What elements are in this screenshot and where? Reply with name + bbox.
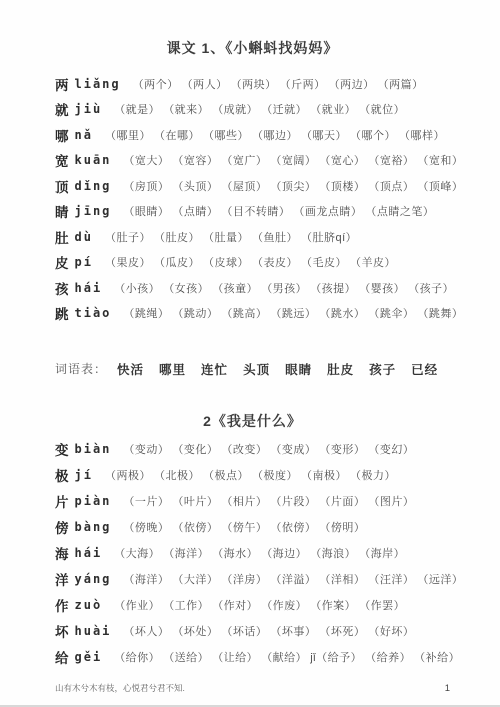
vocab-row: 作zuò（作业）（工作）（作对）（作废）（作案）（作罢） xyxy=(55,592,450,618)
word-group: （头顶） xyxy=(172,178,218,194)
pinyin: dù xyxy=(75,230,93,244)
word-group: （迁就） xyxy=(261,101,307,117)
word-group: （海水） xyxy=(212,545,258,561)
lesson-1-title: 课文 1、《小蝌蚪找妈妈》 xyxy=(55,40,450,57)
word-group: （两边） xyxy=(329,76,375,92)
vocab-row: 极jí（两极）（北极）（极点）（极度）（南极）（极力） xyxy=(55,462,450,488)
vocab-row: 两liǎng（两个）（两人）（两块）（斤两）（两边）（两篇） xyxy=(55,71,450,97)
word-group: （鱼肚） xyxy=(252,229,298,245)
vocab-row: 坏huài（坏人）（坏处）（坏话）（坏事）（坏死）（好坏） xyxy=(55,618,450,644)
word-group-list: （肚子）（肚皮）（肚量）（鱼肚）（肚脐qí） xyxy=(105,229,357,245)
word-group-list: （眼睛）（点睛）（目不转睛）（画龙点睛）（点睛之笔） xyxy=(123,203,434,219)
word-group: （两人） xyxy=(182,76,228,92)
word-group: （极度） xyxy=(252,467,298,483)
word-group: （海岸） xyxy=(359,545,405,561)
word-group: （婴孩） xyxy=(359,280,405,296)
word-group: （海洋） xyxy=(123,571,169,587)
head-character: 哪 xyxy=(55,125,69,145)
word-group: （瓜皮） xyxy=(154,254,200,270)
word-group: （依傍） xyxy=(172,519,218,535)
word-group: （跳远） xyxy=(270,305,316,321)
head-character: 就 xyxy=(55,99,69,119)
head-character: 顶 xyxy=(55,176,69,196)
word-group: （宽阔） xyxy=(270,152,316,168)
page-number: 1 xyxy=(445,683,450,694)
page-footer: 山有木兮木有枝，心悦君兮君不知. 1 xyxy=(55,682,450,694)
head-character: 皮 xyxy=(55,252,69,272)
lesson-section-2: 2《我是什么》 变biàn（变动）（变化）（改变）（变成）（变形）（变幻）极jí… xyxy=(55,413,450,670)
word-group: （肚皮） xyxy=(154,229,200,245)
word-group: （哪些） xyxy=(203,127,249,143)
word-group: （傍午） xyxy=(221,519,267,535)
word-list: 词语表： 快活哪里连忙头顶眼睛肚皮孩子已经 xyxy=(55,360,450,377)
word-group: （肚量） xyxy=(203,229,249,245)
word-group: （工作） xyxy=(163,597,209,613)
head-character: 洋 xyxy=(55,569,69,589)
word-group: （相片） xyxy=(221,493,267,509)
vocab-row: 片piàn（一片）（叶片）（相片）（片段）（片面）（图片） xyxy=(55,488,450,514)
word-group-list: （两个）（两人）（两块）（斤两）（两边）（两篇） xyxy=(133,76,424,92)
word-group: （傍明） xyxy=(319,519,365,535)
word-group: （宽广） xyxy=(221,152,267,168)
vocab-row: 洋yáng（海洋）（大洋）（洋房）（洋溢）（洋相）（汪洋）（远洋） xyxy=(55,566,450,592)
word-group: （顶点） xyxy=(368,178,414,194)
word-group: （作废） xyxy=(261,597,307,613)
word-group: （哪天） xyxy=(301,127,347,143)
word-list-words: 快活哪里连忙头顶眼睛肚皮孩子已经 xyxy=(117,360,438,378)
pinyin: huài xyxy=(75,624,112,638)
word-group: （顶楼） xyxy=(319,178,365,194)
word-list-label: 词语表： xyxy=(55,360,107,377)
word-group: （傍晚） xyxy=(123,519,169,535)
word-group: （点睛） xyxy=(172,203,218,219)
word-group: （画龙点睛） xyxy=(293,203,362,219)
word-group: （变幻） xyxy=(368,441,414,457)
word-group: （极点） xyxy=(203,467,249,483)
word-group: （北极） xyxy=(154,467,200,483)
vocab-row: 跳tiào（跳绳）（跳动）（跳高）（跳远）（跳水）（跳伞）（跳舞） xyxy=(55,301,450,327)
word-group: （献给） xyxy=(261,649,307,665)
word-group-list: （一片）（叶片）（相片）（片段）（片面）（图片） xyxy=(123,493,414,509)
word-group: （海洋） xyxy=(163,545,209,561)
word-group: （两个） xyxy=(133,76,179,92)
vocab-row: 宽kuān（宽大）（宽容）（宽广）（宽阔）（宽心）（宽裕）（宽和） xyxy=(55,148,450,174)
word-group: （海边） xyxy=(261,545,307,561)
word-group: （南极） xyxy=(301,467,347,483)
word-group: （跳舞） xyxy=(417,305,463,321)
pinyin: tiào xyxy=(75,306,112,320)
word-group: （坏事） xyxy=(270,623,316,639)
word-group: （孩提） xyxy=(310,280,356,296)
word-group: （跳伞） xyxy=(368,305,414,321)
word-group-list: （坏人）（坏处）（坏话）（坏事）（坏死）（好坏） xyxy=(123,623,414,639)
word-group-list: （跳绳）（跳动）（跳高）（跳远）（跳水）（跳伞）（跳舞） xyxy=(123,305,463,321)
word-group: （哪个） xyxy=(350,127,396,143)
head-character: 极 xyxy=(55,465,69,485)
word-group: （洋房） xyxy=(221,571,267,587)
word-group: （洋相） xyxy=(319,571,365,587)
vocab-row: 变biàn（变动）（变化）（改变）（变成）（变形）（变幻） xyxy=(55,436,450,462)
word-group: （两篇） xyxy=(378,76,424,92)
pinyin: biàn xyxy=(75,442,112,456)
head-character: 跳 xyxy=(55,303,69,323)
word-group-list: （哪里）（在哪）（哪些）（哪边）（哪天）（哪个）（哪样） xyxy=(105,127,445,143)
word-list-item: 连忙 xyxy=(201,360,228,378)
word-group-list: （小孩）（女孩）（孩童）（男孩）（孩提）（婴孩）（孩子） xyxy=(114,280,454,296)
word-group-list: （作业）（工作）（作对）（作废）（作案）（作罢） xyxy=(114,597,405,613)
pinyin: jí xyxy=(75,468,93,482)
head-character: 傍 xyxy=(55,517,69,537)
word-group: （孩子） xyxy=(408,280,454,296)
head-character: 作 xyxy=(55,595,69,615)
word-group: （哪样） xyxy=(399,127,445,143)
word-group: （表皮） xyxy=(252,254,298,270)
head-character: 给 xyxy=(55,647,69,667)
pinyin: pí xyxy=(75,255,93,269)
footer-verse: 山有木兮木有枝，心悦君兮君不知. xyxy=(55,682,185,694)
pinyin: yáng xyxy=(75,572,112,586)
word-group: （洋溢） xyxy=(270,571,316,587)
word-list-item: 哪里 xyxy=(159,360,186,378)
word-group: （屋顶） xyxy=(221,178,267,194)
word-group: （哪里） xyxy=(105,127,151,143)
pinyin: piàn xyxy=(75,494,112,508)
word-group: （两极） xyxy=(105,467,151,483)
word-group: （房顶） xyxy=(123,178,169,194)
vocab-row: 傍bàng（傍晚）（依傍）（傍午）（依傍）（傍明） xyxy=(55,514,450,540)
word-group: （汪洋） xyxy=(368,571,414,587)
word-group: （目不转睛） xyxy=(221,203,290,219)
word-list-item: 眼睛 xyxy=(285,360,312,378)
word-group: （斤两） xyxy=(280,76,326,92)
word-group: （作业） xyxy=(114,597,160,613)
word-group: （跳水） xyxy=(319,305,365,321)
word-group: （跳高） xyxy=(221,305,267,321)
vocab-row: 皮pí（果皮）（瓜皮）（皮球）（表皮）（毛皮）（羊皮） xyxy=(55,250,450,276)
word-group: （远洋） xyxy=(417,571,463,587)
word-group: （补给） xyxy=(414,649,460,665)
word-group-list: （房顶）（头顶）（屋顶）（顶尖）（顶楼）（顶点）（顶峰） xyxy=(123,178,463,194)
word-group: （宽和） xyxy=(417,152,463,168)
word-group: （变形） xyxy=(319,441,365,457)
word-group: （肚子） xyxy=(105,229,151,245)
word-group: （皮球） xyxy=(203,254,249,270)
word-group-list: （变动）（变化）（改变）（变成）（变形）（变幻） xyxy=(123,441,414,457)
pinyin: bàng xyxy=(75,520,112,534)
word-group-list: （给你）（送给）（让给）（献给）jǐ（给予）（给养）（补给） xyxy=(114,649,460,665)
word-group-list: （大海）（海洋）（海水）（海边）（海浪）（海岸） xyxy=(114,545,405,561)
word-group: （变化） xyxy=(172,441,218,457)
word-group-list: （果皮）（瓜皮）（皮球）（表皮）（毛皮）（羊皮） xyxy=(105,254,396,270)
word-group: （一片） xyxy=(123,493,169,509)
word-group: （果皮） xyxy=(105,254,151,270)
head-character: 孩 xyxy=(55,278,69,298)
word-group: （宽容） xyxy=(172,152,218,168)
pinyin: jiù xyxy=(75,102,103,116)
vocab-row: 哪nǎ（哪里）（在哪）（哪些）（哪边）（哪天）（哪个）（哪样） xyxy=(55,122,450,148)
word-group: （毛皮） xyxy=(301,254,347,270)
head-character: 海 xyxy=(55,543,69,563)
vocab-row: 肚dù（肚子）（肚皮）（肚量）（鱼肚）（肚脐qí） xyxy=(55,224,450,250)
head-character: 两 xyxy=(55,74,69,94)
vocab-row: 顶dǐng（房顶）（头顶）（屋顶）（顶尖）（顶楼）（顶点）（顶峰） xyxy=(55,173,450,199)
pinyin: dǐng xyxy=(75,179,112,193)
page-content: 课文 1、《小蝌蚪找妈妈》 两liǎng（两个）（两人）（两块）（斤两）（两边）… xyxy=(0,0,500,670)
word-group: （坏人） xyxy=(123,623,169,639)
head-character: 变 xyxy=(55,439,69,459)
word-group: （两块） xyxy=(231,76,277,92)
word-group: （成就） xyxy=(212,101,258,117)
word-group-list: （海洋）（大洋）（洋房）（洋溢）（洋相）（汪洋）（远洋） xyxy=(123,571,463,587)
word-group: （就来） xyxy=(163,101,209,117)
head-character: 睛 xyxy=(55,201,69,221)
word-group: （大海） xyxy=(114,545,160,561)
word-group-list: （宽大）（宽容）（宽广）（宽阔）（宽心）（宽裕）（宽和） xyxy=(123,152,463,168)
word-group: （片面） xyxy=(319,493,365,509)
word-group: （让给） xyxy=(212,649,258,665)
word-group: （极力） xyxy=(350,467,396,483)
word-group: （点睛之笔） xyxy=(365,203,434,219)
pinyin: jīng xyxy=(75,204,112,218)
word-group-list: （两极）（北极）（极点）（极度）（南极）（极力） xyxy=(105,467,396,483)
word-group: （改变） xyxy=(221,441,267,457)
lesson-section-1: 课文 1、《小蝌蚪找妈妈》 两liǎng（两个）（两人）（两块）（斤两）（两边）… xyxy=(55,40,450,377)
word-group: （变成） xyxy=(270,441,316,457)
word-group: （作罢） xyxy=(359,597,405,613)
vocab-rows-lesson-1: 两liǎng（两个）（两人）（两块）（斤两）（两边）（两篇）就jiù（就是）（就… xyxy=(55,71,450,326)
word-group: （眼睛） xyxy=(123,203,169,219)
word-group: （片段） xyxy=(270,493,316,509)
word-group: （大洋） xyxy=(172,571,218,587)
word-group: （就位） xyxy=(359,101,405,117)
vocab-row: 海hái（大海）（海洋）（海水）（海边）（海浪）（海岸） xyxy=(55,540,450,566)
word-group-list: （就是）（就来）（成就）（迁就）（就业）（就位） xyxy=(114,101,405,117)
word-group: （海浪） xyxy=(310,545,356,561)
word-group: （小孩） xyxy=(114,280,160,296)
word-group-list: （傍晚）（依傍）（傍午）（依傍）（傍明） xyxy=(123,519,365,535)
word-list-item: 孩子 xyxy=(369,360,396,378)
word-group: （给养） xyxy=(365,649,411,665)
word-list-item: 头顶 xyxy=(243,360,270,378)
lesson-2-title: 2《我是什么》 xyxy=(55,413,450,430)
pinyin: nǎ xyxy=(75,128,93,142)
word-group: （女孩） xyxy=(163,280,209,296)
word-group: （孩童） xyxy=(212,280,258,296)
word-group: （坏死） xyxy=(319,623,365,639)
word-group: （肚脐qí） xyxy=(301,229,357,245)
vocab-row: 孩hái（小孩）（女孩）（孩童）（男孩）（孩提）（婴孩）（孩子） xyxy=(55,275,450,301)
word-group: （好坏） xyxy=(368,623,414,639)
vocab-row: 睛jīng（眼睛）（点睛）（目不转睛）（画龙点睛）（点睛之笔） xyxy=(55,199,450,225)
word-group: （宽心） xyxy=(319,152,365,168)
pinyin: liǎng xyxy=(75,77,121,91)
vocab-row: 给gěi（给你）（送给）（让给）（献给）jǐ（给予）（给养）（补给） xyxy=(55,644,450,670)
pinyin: hái xyxy=(75,281,103,295)
word-group: （就业） xyxy=(310,101,356,117)
word-group: （坏处） xyxy=(172,623,218,639)
pinyin: zuò xyxy=(75,598,103,612)
word-group: （坏话） xyxy=(221,623,267,639)
word-group: （羊皮） xyxy=(350,254,396,270)
word-group: （顶峰） xyxy=(417,178,463,194)
word-group: jǐ（给予） xyxy=(310,649,362,665)
word-group: （在哪） xyxy=(154,127,200,143)
pinyin: kuān xyxy=(75,153,112,167)
word-group: （宽大） xyxy=(123,152,169,168)
word-group: （作对） xyxy=(212,597,258,613)
word-group: （依傍） xyxy=(270,519,316,535)
word-group: （给你） xyxy=(114,649,160,665)
head-character: 宽 xyxy=(55,150,69,170)
word-group: （跳绳） xyxy=(123,305,169,321)
head-character: 肚 xyxy=(55,227,69,247)
word-group: （变动） xyxy=(123,441,169,457)
word-group: （送给） xyxy=(163,649,209,665)
pinyin: hái xyxy=(75,546,103,560)
word-group: （宽裕） xyxy=(368,152,414,168)
vocab-row: 就jiù（就是）（就来）（成就）（迁就）（就业）（就位） xyxy=(55,97,450,123)
head-character: 坏 xyxy=(55,621,69,641)
word-group: （作案） xyxy=(310,597,356,613)
word-group: （就是） xyxy=(114,101,160,117)
word-group: （叶片） xyxy=(172,493,218,509)
word-group: （哪边） xyxy=(252,127,298,143)
document-page: 课文 1、《小蝌蚪找妈妈》 两liǎng（两个）（两人）（两块）（斤两）（两边）… xyxy=(0,0,500,707)
word-group: （男孩） xyxy=(261,280,307,296)
vocab-rows-lesson-2: 变biàn（变动）（变化）（改变）（变成）（变形）（变幻）极jí（两极）（北极）… xyxy=(55,436,450,670)
word-list-item: 肚皮 xyxy=(327,360,354,378)
word-group: （图片） xyxy=(368,493,414,509)
word-list-item: 已经 xyxy=(411,360,438,378)
head-character: 片 xyxy=(55,491,69,511)
word-group: （跳动） xyxy=(172,305,218,321)
word-list-item: 快活 xyxy=(117,360,144,378)
pinyin: gěi xyxy=(75,650,103,664)
word-group: （顶尖） xyxy=(270,178,316,194)
